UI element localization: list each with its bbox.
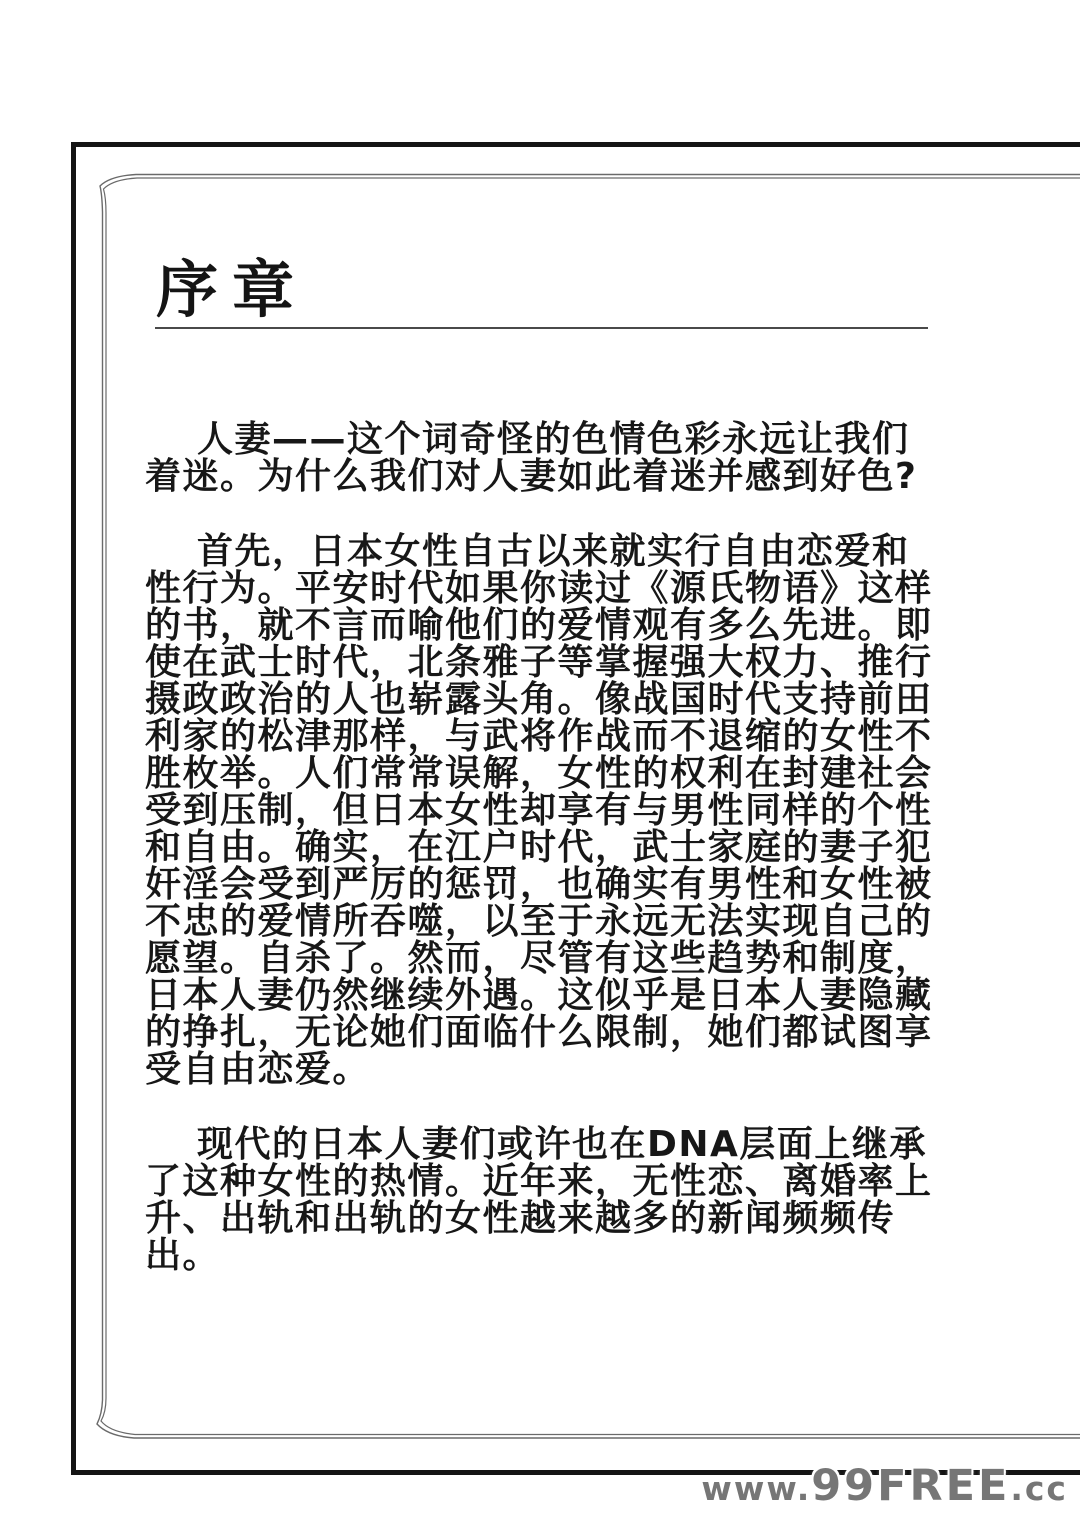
text-line: 使在武士时代，北条雅子等掌握强大权力、推行 (145, 644, 945, 681)
text-line: 性行为。平安时代如果你读过《源氏物语》这样 (145, 570, 945, 607)
text-line: 着迷。为什么我们对人妻如此着迷并感到好色? (145, 458, 945, 495)
text-line: 出。 (145, 1237, 945, 1274)
text-line: 日本人妻仍然继续外遇。这似乎是日本人妻隐藏 (145, 977, 945, 1014)
text-line: 利家的松津那样，与武将作战而不退缩的女性不 (145, 718, 945, 755)
text-line: 和自由。确实，在江户时代，武士家庭的妻子犯 (145, 829, 945, 866)
text-line: 受自由恋爱。 (145, 1051, 945, 1088)
text-line: 首先，日本女性自古以来就实行自由恋爱和 (145, 533, 945, 570)
text-line: 的书，就不言而喻他们的爱情观有多么先进。即 (145, 607, 945, 644)
watermark-site-name: 99FREE (811, 1461, 1010, 1511)
text-line: 摄政政治的人也崭露头角。像战国时代支持前田 (145, 681, 945, 718)
body-text: 人妻——这个词奇怪的色情色彩永远让我们 着迷。为什么我们对人妻如此着迷并感到好色… (145, 421, 945, 1274)
text-line: 人妻——这个词奇怪的色情色彩永远让我们 (145, 421, 945, 458)
text-line: 现代的日本人妻们或许也在DNA层面上继承 (145, 1126, 945, 1163)
text-line: 愿望。自杀了。然而，尽管有这些趋势和制度， (145, 940, 945, 977)
watermark-prefix: www. (701, 1469, 811, 1508)
watermark-url: www. 99FREE .cc (701, 1461, 1068, 1511)
text-line: 胜枚举。人们常常误解，女性的权利在封建社会 (145, 755, 945, 792)
text-line: 了这种女性的热情。近年来，无性恋、离婚率上 (145, 1163, 945, 1200)
text-line: 的挣扎，无论她们面临什么限制，她们都试图享 (145, 1014, 945, 1051)
paragraph-3: 现代的日本人妻们或许也在DNA层面上继承 了这种女性的热情。近年来，无性恋、离婚… (145, 1126, 945, 1274)
text-line: 不忠的爱情所吞噬，以至于永远无法实现自己的 (145, 903, 945, 940)
watermark-suffix: .cc (1010, 1469, 1068, 1508)
title-underline (155, 327, 928, 329)
text-line: 升、出轨和出轨的女性越来越多的新闻频频传 (145, 1200, 945, 1237)
paragraph-1: 人妻——这个词奇怪的色情色彩永远让我们 着迷。为什么我们对人妻如此着迷并感到好色… (145, 421, 945, 495)
text-line: 奸淫会受到严厉的惩罚，也确实有男性和女性被 (145, 866, 945, 903)
page-title: 序章 (156, 240, 308, 329)
text-line: 受到压制，但日本女性却享有与男性同样的个性 (145, 792, 945, 829)
paragraph-2: 首先，日本女性自古以来就实行自由恋爱和 性行为。平安时代如果你读过《源氏物语》这… (145, 533, 945, 1088)
document-page: 序章 人妻——这个词奇怪的色情色彩永远让我们 着迷。为什么我们对人妻如此着迷并感… (0, 0, 1080, 1532)
